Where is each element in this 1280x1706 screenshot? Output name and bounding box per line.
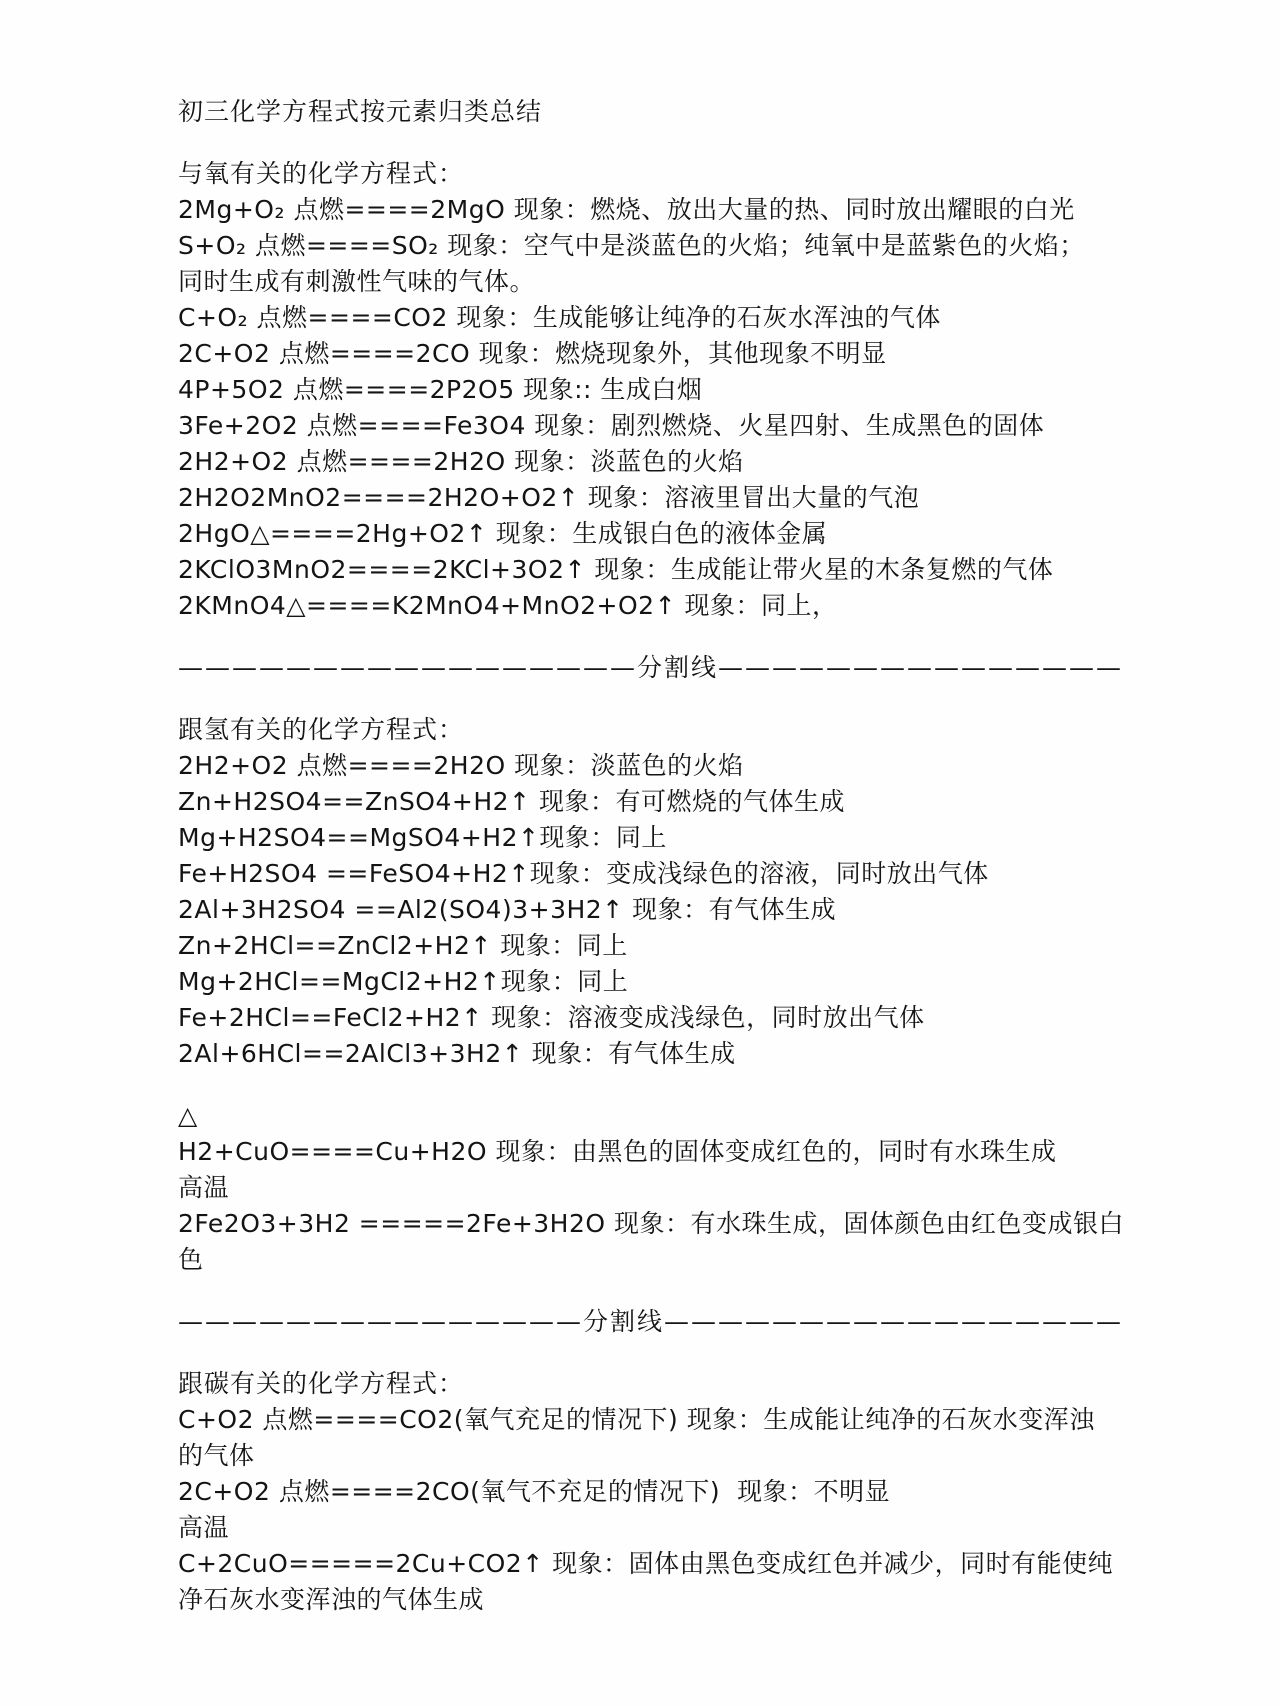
equation-line: 2KMnO4△====K2MnO4+MnO2+O2↑ 现象：同上， xyxy=(178,588,1232,624)
equation-line: C+2CuO=====2Cu+CO2↑ 现象：固体由黑色变成红色并减少，同时有能… xyxy=(178,1546,1232,1582)
equation-line: Fe+2HCl==FeCl2+H2↑ 现象：溶液变成浅绿色，同时放出气体 xyxy=(178,1000,1232,1036)
equation-line: 2Mg+O₂ 点燃====2MgO 现象：燃烧、放出大量的热、同时放出耀眼的白光 xyxy=(178,192,1232,228)
equation-line: Zn+H2SO4==ZnSO4+H2↑ 现象：有可燃烧的气体生成 xyxy=(178,784,1232,820)
equation-line: Zn+2HCl==ZnCl2+H2↑ 现象：同上 xyxy=(178,928,1232,964)
blank-line xyxy=(178,1072,1232,1098)
blank-line xyxy=(178,624,1232,650)
equation-line: H2+CuO====Cu+H2O 现象：由黑色的固体变成红色的，同时有水珠生成 xyxy=(178,1134,1232,1170)
section-heading: 跟氢有关的化学方程式： xyxy=(178,712,1232,748)
equation-line: Fe+H2SO4 ==FeSO4+H2↑现象：变成浅绿色的溶液，同时放出气体 xyxy=(178,856,1232,892)
section-heading: 跟碳有关的化学方程式： xyxy=(178,1366,1232,1402)
equation-line: S+O₂ 点燃====SO₂ 现象：空气中是淡蓝色的火焰；纯氧中是蓝紫色的火焰； xyxy=(178,228,1232,264)
equation-line: 2KClO3MnO2====2KCl+3O2↑ 现象：生成能让带火星的木条复燃的… xyxy=(178,552,1232,588)
equation-line: 2H2+O2 点燃====2H2O 现象：淡蓝色的火焰 xyxy=(178,444,1232,480)
document-title: 初三化学方程式按元素归类总结 xyxy=(178,94,1232,130)
equation-line: 2HgO△====2Hg+O2↑ 现象：生成银白色的液体金属 xyxy=(178,516,1232,552)
equation-line: 色 xyxy=(178,1242,1232,1278)
equation-line: Mg+H2SO4==MgSO4+H2↑现象：同上 xyxy=(178,820,1232,856)
equation-line: 2Fe2O3+3H2 =====2Fe+3H2O 现象：有水珠生成，固体颜色由红… xyxy=(178,1206,1232,1242)
blank-line xyxy=(178,130,1232,156)
equation-line: 的气体 xyxy=(178,1438,1232,1474)
equation-line: 2H2O2MnO2====2H2O+O2↑ 现象：溶液里冒出大量的气泡 xyxy=(178,480,1232,516)
equation-line: C+O2 点燃====CO2(氧气充足的情况下) 现象：生成能让纯净的石灰水变浑… xyxy=(178,1402,1232,1438)
equation-line: 净石灰水变浑浊的气体生成 xyxy=(178,1582,1232,1618)
equation-line: Mg+2HCl==MgCl2+H2↑现象：同上 xyxy=(178,964,1232,1000)
equation-line: 2C+O2 点燃====2CO 现象：燃烧现象外，其他现象不明显 xyxy=(178,336,1232,372)
section-heading: 与氧有关的化学方程式： xyxy=(178,156,1232,192)
equation-line: 2Al+3H2SO4 ==Al2(SO4)3+3H2↑ 现象：有气体生成 xyxy=(178,892,1232,928)
equation-line: 2H2+O2 点燃====2H2O 现象：淡蓝色的火焰 xyxy=(178,748,1232,784)
equation-line: C+O₂ 点燃====CO2 现象：生成能够让纯净的石灰水浑浊的气体 xyxy=(178,300,1232,336)
equation-line: 高温 xyxy=(178,1510,1232,1546)
document-body: 初三化学方程式按元素归类总结与氧有关的化学方程式：2Mg+O₂ 点燃====2M… xyxy=(0,0,1280,1618)
blank-line xyxy=(178,1278,1232,1304)
equation-line: 3Fe+2O2 点燃====Fe3O4 现象：剧烈燃烧、火星四射、生成黑色的固体 xyxy=(178,408,1232,444)
document-page: 初三化学方程式按元素归类总结与氧有关的化学方程式：2Mg+O₂ 点燃====2M… xyxy=(0,0,1280,1706)
equation-line: 高温 xyxy=(178,1170,1232,1206)
equation-line: 4P+5O2 点燃====2P2O5 现象:: 生成白烟 xyxy=(178,372,1232,408)
section-divider: ———————————————分割线————————————————— xyxy=(178,1304,1232,1340)
equation-line: 同时生成有刺激性气味的气体。 xyxy=(178,264,1232,300)
equation-line: 2C+O2 点燃====2CO(氧气不充足的情况下) 现象：不明显 xyxy=(178,1474,1232,1510)
equation-line: 2Al+6HCl==2AlCl3+3H2↑ 现象：有气体生成 xyxy=(178,1036,1232,1072)
blank-line xyxy=(178,686,1232,712)
blank-line xyxy=(178,1340,1232,1366)
section-divider: —————————————————分割线——————————————— xyxy=(178,650,1232,686)
equation-line: △ xyxy=(178,1098,1232,1134)
